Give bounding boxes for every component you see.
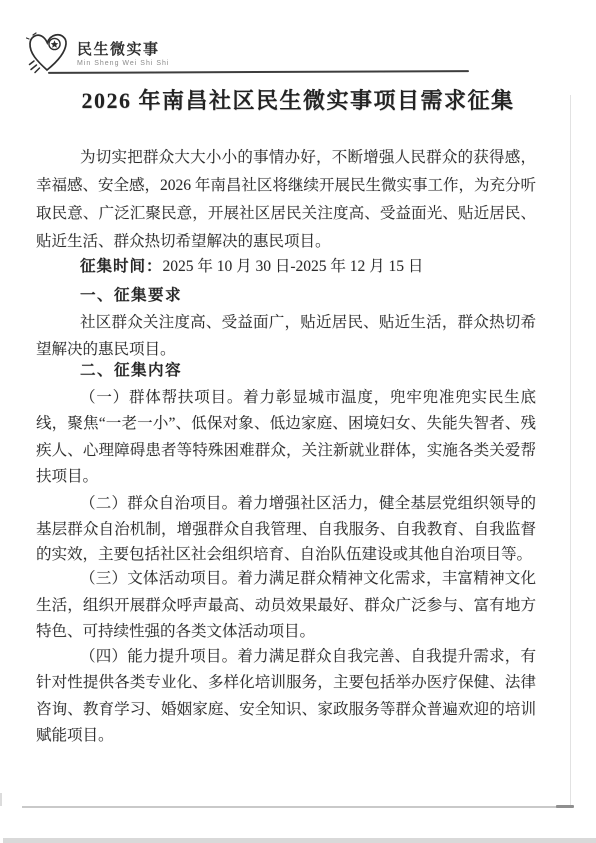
- sheet-corner-shadow: [556, 805, 574, 808]
- requirements-paragraph: 社区群众关注度高、受益面广，贴近居民、贴近生活，群众热切希望解决的惠民项目。: [36, 309, 536, 363]
- section-heading-requirements: 一、征集要求: [36, 283, 536, 305]
- bottom-strip: [3, 838, 596, 843]
- item-paragraph-2: （二）群众自治项目。着力增强社区活力，健全基层党组织领导的基层群众自治机制，增强…: [36, 491, 536, 568]
- item-paragraph-3: （三）文体活动项目。着力满足群众精神文化需求，丰富精神文化生活，组织开展群众呼声…: [36, 566, 536, 646]
- item-paragraph-1: （一）群体帮扶项目。着力彰显城市温度，兜牢兜准兜实民生底线，聚焦“一老一小”、低…: [36, 385, 536, 490]
- header-rule: [48, 70, 469, 74]
- sheet-bottom-edge: [22, 806, 573, 808]
- section-heading-content: 二、征集内容: [36, 358, 536, 380]
- paper-sheet: 民生微实事 Min Sheng Wei Shi Shi 2026 年南昌社区民生…: [0, 0, 596, 843]
- logo: 民生微实事 Min Sheng Wei Shi Shi: [26, 30, 169, 76]
- page-title: 2026 年南昌社区民生微实事项目需求征集: [40, 84, 556, 115]
- intro-paragraph: 为切实把群众大大小小的事情办好，不断增强人民群众的获得感，幸福感、安全感，202…: [36, 144, 536, 256]
- collection-time-value: 2025 年 10 月 30 日-2025 年 12 月 15 日: [163, 258, 424, 275]
- heart-party-emblem-icon: [26, 30, 70, 76]
- item-paragraph-4: （四）能力提升项目。着力满足群众自我完善、自我提升需求，有针对性提供各类专业化、…: [36, 644, 536, 749]
- collection-time-label: 征集时间：: [80, 258, 163, 275]
- left-margin-mark: [0, 793, 2, 806]
- logo-title: 民生微实事: [77, 42, 169, 57]
- collection-time: 征集时间：2025 年 10 月 30 日-2025 年 12 月 15 日: [36, 254, 536, 276]
- sheet-right-edge: [570, 95, 571, 807]
- logo-pinyin: Min Sheng Wei Shi Shi: [77, 60, 169, 67]
